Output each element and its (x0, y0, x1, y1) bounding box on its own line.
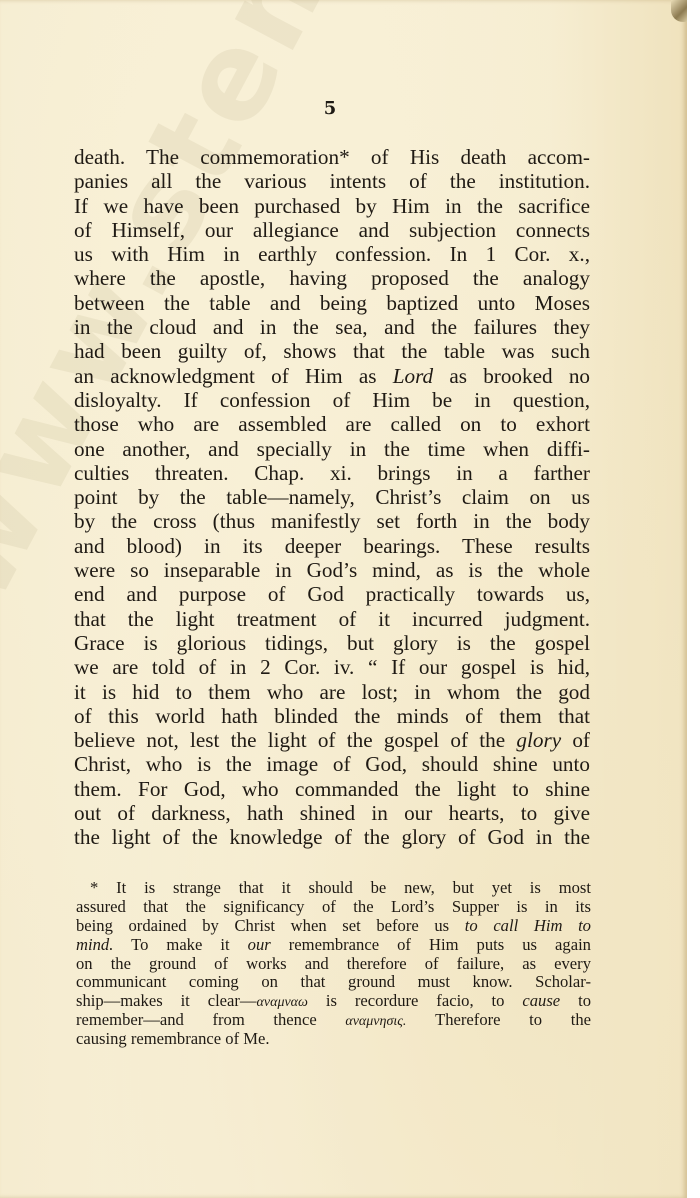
footnote-line: mind. To make it our remembrance of Him … (76, 936, 591, 955)
text-line: out of darkness, hath shined in our hear… (74, 801, 590, 825)
italic-run: mind. (76, 935, 113, 954)
text-line: point by the table—namely, Christ’s clai… (74, 485, 590, 509)
footnote-line: causing remembrance of Me. (76, 1030, 591, 1049)
footnote-line: communicant coming on that ground must k… (76, 973, 591, 992)
footnote: * It is strange that it should be new, b… (76, 879, 591, 1049)
text-line: us with Him in earthly confession. In 1 … (74, 242, 590, 266)
text-run: remembrance of Him puts us again (271, 935, 591, 954)
italic-run: our (248, 935, 271, 954)
text-line: it is hid to them who are lost; in whom … (74, 680, 590, 704)
text-line: in the cloud and in the sea, and the fai… (74, 315, 590, 339)
text-line: the light of the knowledge of the glory … (74, 825, 590, 849)
text-line: end and purpose of God practically towar… (74, 582, 590, 606)
text-line: of this world hath blinded the minds of … (74, 704, 590, 728)
text-run: an acknowledgment of Him as (74, 364, 393, 388)
footnote-line: being ordained by Christ when set before… (76, 917, 591, 936)
text-line: had been guilty of, shows that the table… (74, 339, 590, 363)
text-line: were so inseparable in God’s mind, as is… (74, 558, 590, 582)
italic-run: to call Him to (465, 916, 591, 935)
text-line: Grace is glorious tidings, but glory is … (74, 631, 590, 655)
text-run: as brooked no (433, 364, 590, 388)
footnote-line: * It is strange that it should be new, b… (76, 879, 591, 898)
text-run: to (560, 991, 591, 1010)
page-number: 5 (0, 98, 660, 119)
text-line: panies all the various intents of the in… (74, 169, 590, 193)
italic-run: cause (522, 991, 560, 1010)
text-line: one another, and specially in the time w… (74, 437, 590, 461)
text-run: of (561, 728, 590, 752)
text-run: Therefore to the (406, 1010, 591, 1029)
scanned-page: www.stempublishing.org 5 death. The comm… (0, 0, 687, 1198)
text-run: is recordure facio, to (308, 991, 522, 1010)
text-line: If we have been purchased by Him in the … (74, 194, 590, 218)
text-line: between the table and being baptized unt… (74, 291, 590, 315)
footnote-line: remember—and from thence αναμνησις. Ther… (76, 1011, 591, 1030)
text-line: those who are assembled are called on to… (74, 412, 590, 436)
text-run: being ordained by Christ when set before… (76, 916, 465, 935)
text-line: culties threaten. Chap. xi. brings in a … (74, 461, 590, 485)
text-line: death. The commemoration* of His death a… (74, 145, 590, 169)
footnote-line: on the ground of works and therefore of … (76, 955, 591, 974)
text-line: where the apostle, having proposed the a… (74, 266, 590, 290)
greek-word: αναμναω (257, 995, 308, 1010)
italic-lord: Lord (393, 364, 433, 388)
text-line: of Himself, our allegiance and subjectio… (74, 218, 590, 242)
text-run: To make it (113, 935, 247, 954)
text-line: them. For God, who commanded the light t… (74, 777, 590, 801)
footnote-line: assured that the significancy of the Lor… (76, 898, 591, 917)
text-line: disloyalty. If confession of Him be in q… (74, 388, 590, 412)
body-paragraph: death. The commemoration* of His death a… (74, 145, 590, 850)
text-line: Christ, who is the image of God, should … (74, 752, 590, 776)
footnote-line: ship—makes it clear—αναμναω is recordure… (76, 992, 591, 1011)
page-corner-fold (671, 0, 687, 22)
text-line: that the light treatment of it incurred … (74, 607, 590, 631)
text-run: ship—makes it clear— (76, 991, 257, 1010)
greek-word: αναμνησις. (345, 1014, 406, 1029)
text-run: believe not, lest the light of the gospe… (74, 728, 516, 752)
text-line: believe not, lest the light of the gospe… (74, 728, 590, 752)
text-run: remember—and from thence (76, 1010, 345, 1029)
text-line: we are told of in 2 Cor. iv. “ If our go… (74, 655, 590, 679)
italic-glory: glory (516, 728, 561, 752)
text-line: an acknowledgment of Him as Lord as broo… (74, 364, 590, 388)
text-line: and blood) in its deeper bearings. These… (74, 534, 590, 558)
text-line: by the cross (thus manifestly set forth … (74, 509, 590, 533)
